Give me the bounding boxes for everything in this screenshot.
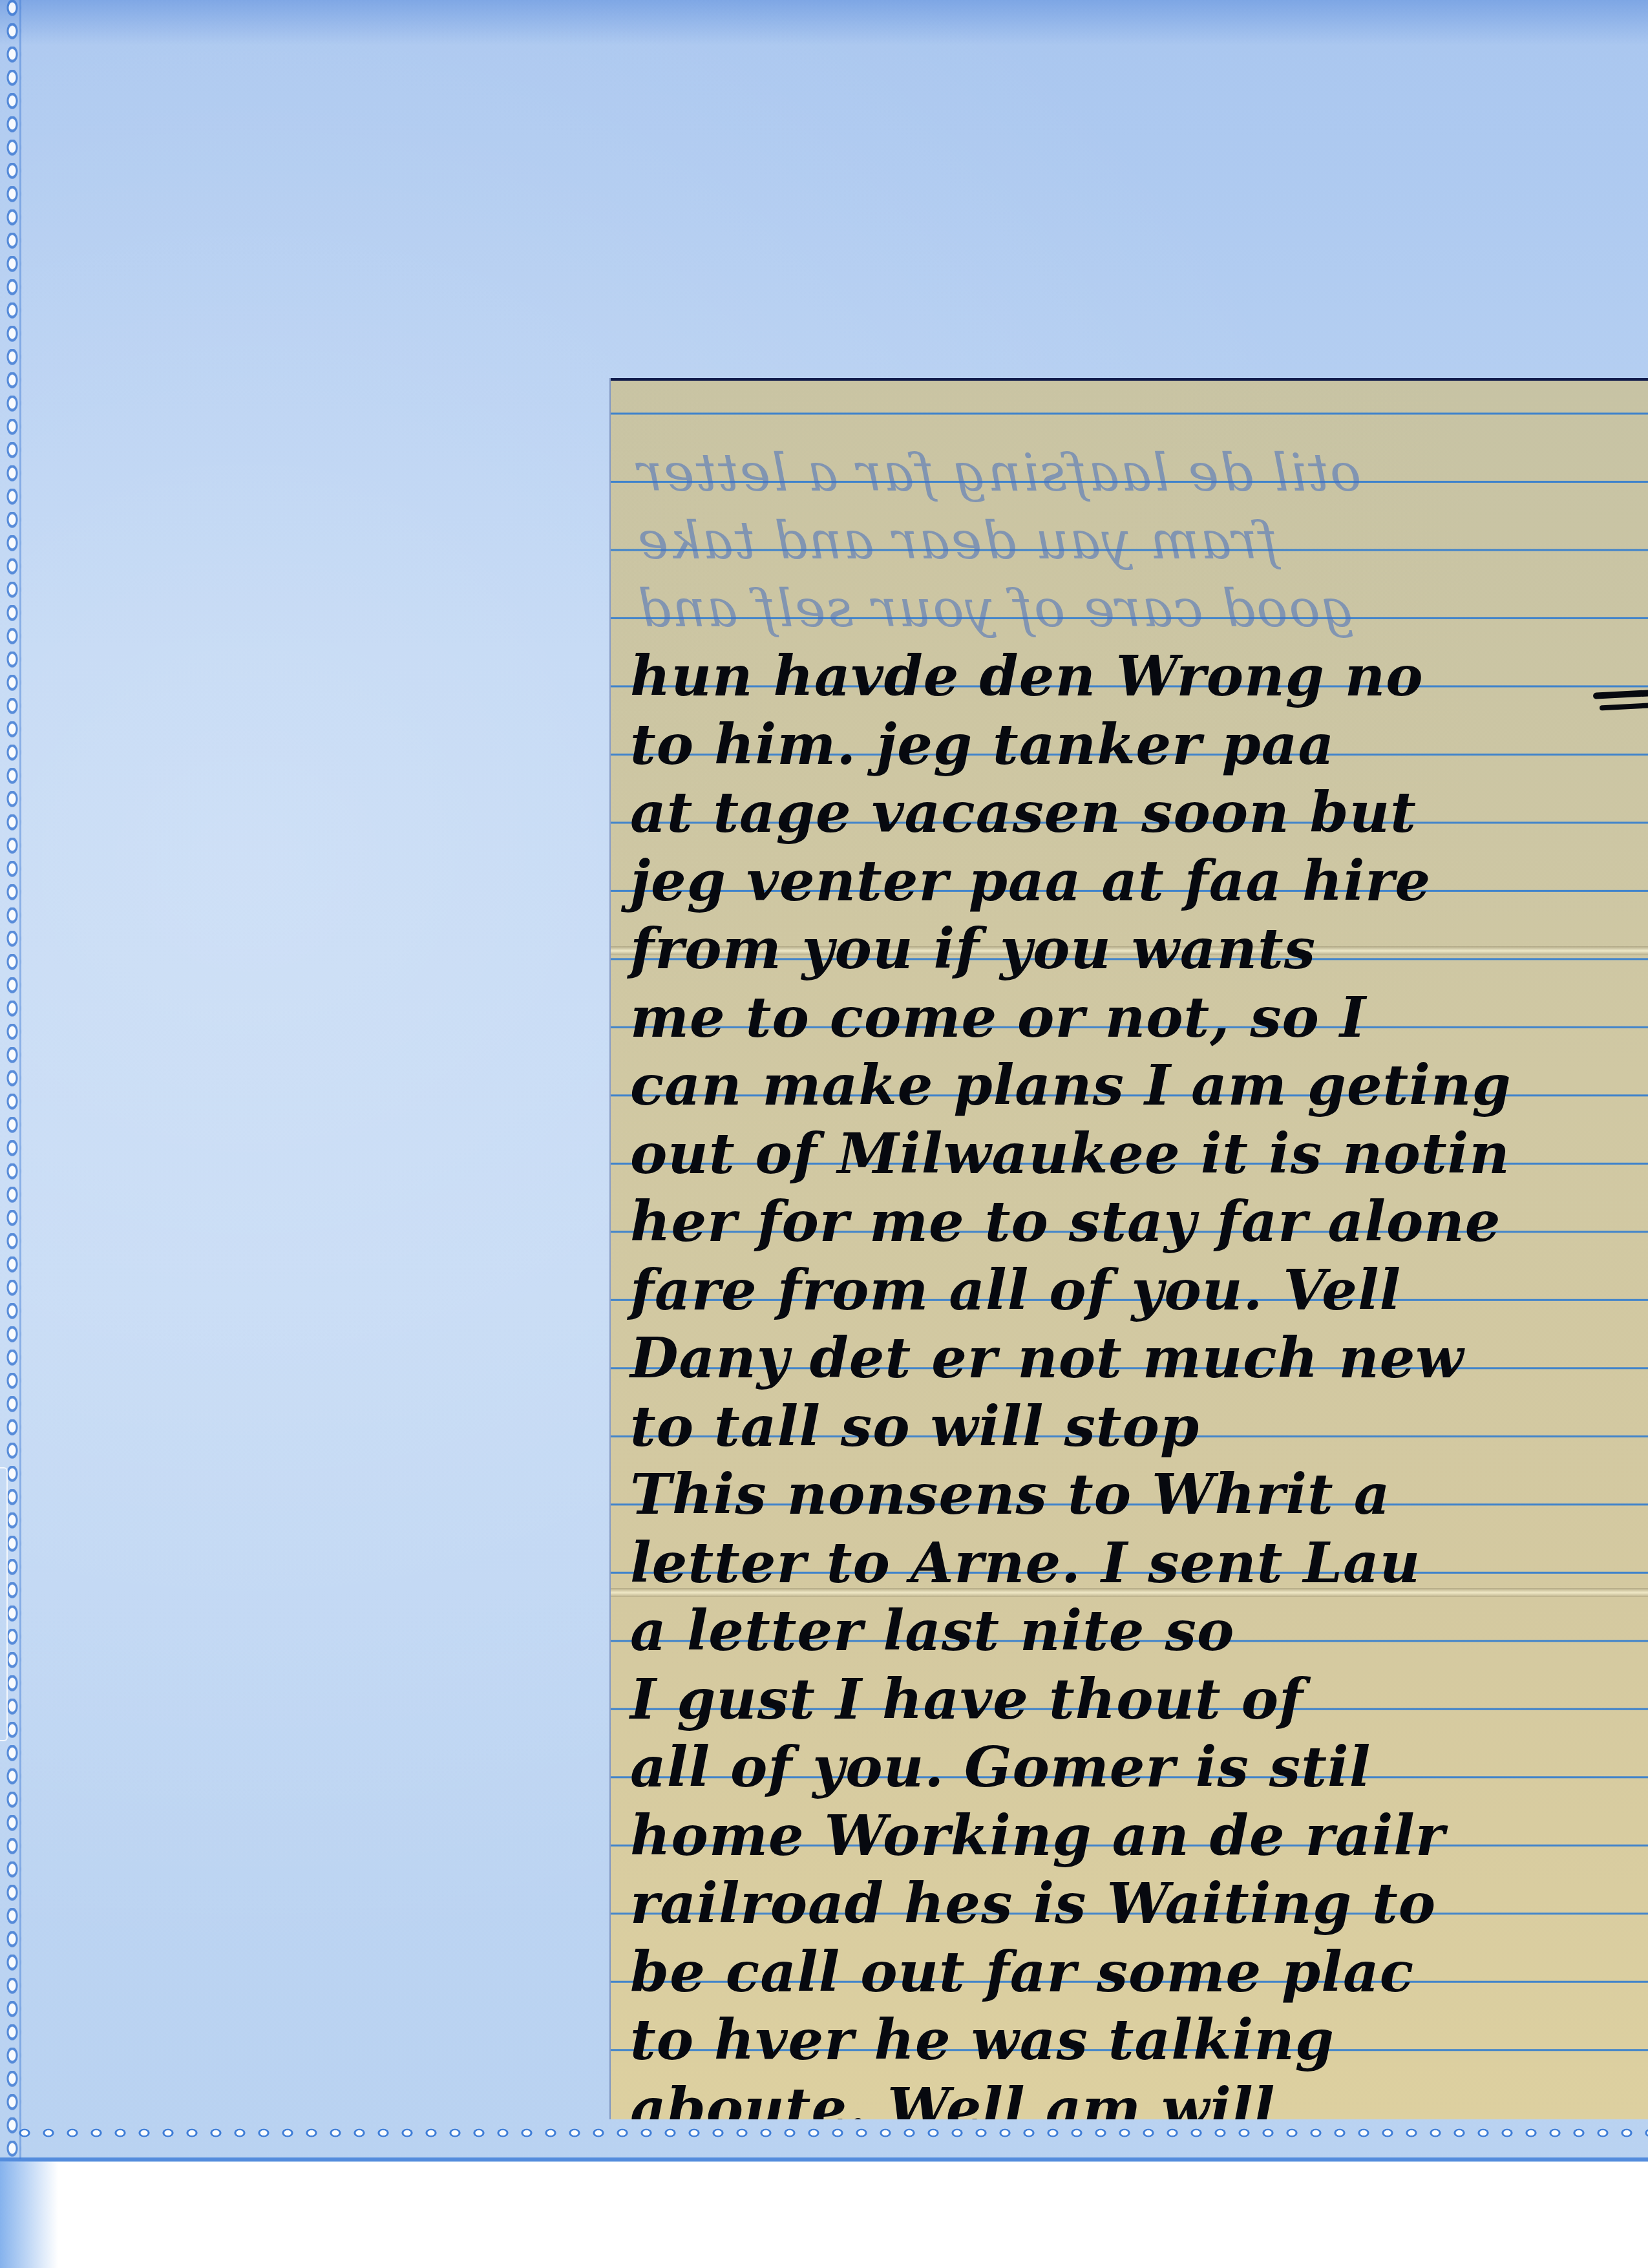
bleed-line: otil de laafsing far a letter: [637, 439, 1645, 507]
letter-line: home Working an de railr: [630, 1802, 1648, 1871]
letter-line: I gust I have thout of: [630, 1666, 1648, 1734]
handwritten-letter-text: hun havde den Wrong no to him. jeg tanke…: [630, 642, 1648, 2119]
letter-line: from you if you wants: [630, 915, 1648, 984]
sleeve-left-perforated-seam: [5, 0, 21, 2159]
bleed-line: good care of your self and: [637, 575, 1645, 642]
letter-line: a letter last nite so: [630, 1597, 1648, 1666]
letter-line: me to come or not, so I: [630, 984, 1648, 1052]
sleeve-bottom-perforated-seam: [13, 2125, 1648, 2142]
letter-line: This nonsens to Whrit a: [630, 1461, 1648, 1529]
letter-page: otil de laafsing far a letter fram yau d…: [611, 378, 1648, 2119]
letter-line: railroad hes is Waiting to: [630, 1870, 1648, 1938]
sleeve-bottom-edge: [0, 2157, 1648, 2161]
letter-line: to him. jeg tanker paa: [630, 711, 1648, 779]
letter-line: to tall so will stop: [630, 1393, 1648, 1461]
bleed-through-text: otil de laafsing far a letter fram yau d…: [637, 439, 1645, 642]
letter-line: out of Milwaukee it is notin: [630, 1120, 1648, 1189]
letter-line: to hver he was talking: [630, 2006, 1648, 2075]
sleeve-top-shading: [0, 0, 1648, 45]
letter-line: jeg venter paa at faa hire: [630, 847, 1648, 916]
letter-line: letter to Arne. I sent Lau: [630, 1529, 1648, 1598]
letter-line: aboute. Well am will: [630, 2075, 1648, 2120]
letter-line: be call out far some plac: [630, 1938, 1648, 2007]
letter-line: fare from all of you. Vell: [630, 1256, 1648, 1325]
letter-line: all of you. Gomer is stil: [630, 1733, 1648, 1802]
letter-line: at tage vacasen soon but: [630, 779, 1648, 847]
letter-line: hun havde den Wrong no: [630, 642, 1648, 711]
scanner-edge-shadow: [0, 2161, 58, 2268]
letter-line: Dany det er not much new: [630, 1324, 1648, 1393]
letter-line: can make plans I am geting: [630, 1052, 1648, 1120]
bleed-line: fram yau dear and take: [637, 507, 1645, 575]
sleeve-side-tab: [0, 1467, 8, 1741]
letter-line: her for me to stay far alone: [630, 1188, 1648, 1256]
